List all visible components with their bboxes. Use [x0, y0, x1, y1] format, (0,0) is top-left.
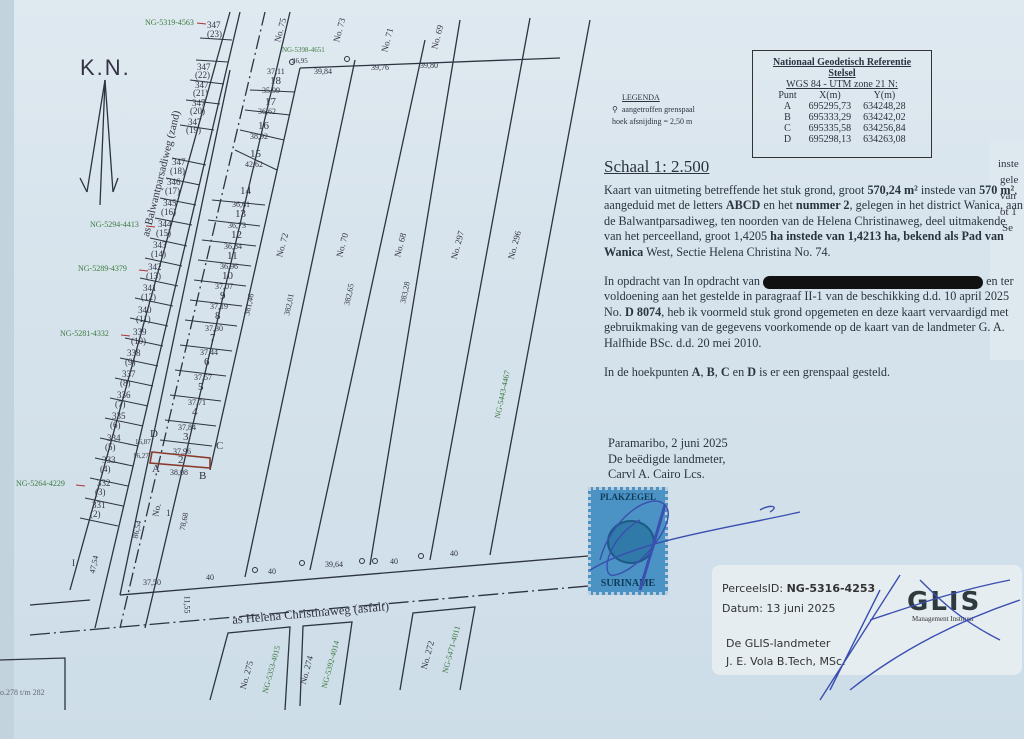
legend-item: hoek afsnijding = 2,50 m — [612, 116, 695, 128]
ng-code: NG-5319-4563 — [145, 18, 194, 27]
lot-label: (16) — [161, 207, 176, 217]
corner-b: B — [199, 470, 206, 482]
lot-dim: 42,62 — [245, 160, 263, 169]
coat-of-arms-icon — [607, 520, 655, 564]
stamp-top-text: PLAKZEGEL — [591, 492, 665, 502]
ng-code: NG-5294-4413 — [90, 220, 139, 229]
corner-d: D — [150, 428, 158, 440]
lot-label: I — [72, 558, 75, 568]
legend-item: aangetroffen grenspaal — [622, 105, 695, 114]
lot-dim: 36,62 — [258, 107, 276, 116]
place-date: Paramaribo, 2 juni 2025 — [608, 436, 728, 452]
lot-label: (14) — [151, 249, 166, 259]
lot-number: 12 — [231, 229, 242, 241]
lot-label: (11) — [136, 314, 151, 324]
lot-number: 14 — [240, 185, 251, 197]
paragraph-description: Kaart van uitmeting betreffende het stuk… — [604, 183, 1024, 260]
lot-label: (19) — [186, 125, 201, 135]
table-row: A695295,73634248,28 — [772, 101, 911, 112]
lot-number: 13 — [235, 208, 246, 220]
table-row: C695335,58634256,84 — [772, 123, 911, 134]
lot-number: 11 — [227, 250, 238, 262]
cell: A — [772, 101, 802, 112]
cell: D — [772, 134, 802, 145]
cell: 695335,58 — [803, 123, 858, 134]
lot-label: (8) — [120, 378, 131, 388]
surveyor-signature-block: Paramaribo, 2 juni 2025 De beëdigde land… — [608, 436, 728, 483]
glis-landmeter-name: J. E. Vola B.Tech, MSc. — [726, 655, 846, 668]
paragraph-corners: In de hoekpunten A, B, C en D is er een … — [604, 365, 1024, 380]
table-row: D695298,13634263,08 — [772, 134, 911, 145]
ng-code: NG-5398-4651 — [282, 46, 325, 54]
lot-number: 10 — [222, 270, 233, 282]
cell: 695333,29 — [803, 112, 858, 123]
lot-label: (4) — [100, 464, 111, 474]
lot-number: 8 — [215, 310, 221, 322]
adjacent-page-text: inste — [998, 158, 1019, 170]
ref-title-2: Stelsel — [753, 68, 931, 79]
coordinates-table: PuntX(m)Y(m) A695295,73634248,28 B695333… — [772, 90, 911, 145]
table-row: B695333,29634242,02 — [772, 112, 911, 123]
lot-label: (9) — [125, 357, 136, 367]
lot-dim: 35,99 — [262, 86, 280, 95]
ref-subtitle: WGS 84 - UTM zone 21 N: — [753, 79, 931, 90]
lot-label: (3) — [95, 487, 106, 497]
lot-label: (7) — [115, 399, 126, 409]
cell: 634263,08 — [857, 134, 912, 145]
corner-a: A — [152, 463, 160, 475]
adjacent-page-text: gele — [1000, 174, 1018, 186]
cell: 634248,28 — [857, 101, 912, 112]
cell: B — [772, 112, 802, 123]
lot-label: (18) — [170, 166, 185, 176]
frontage-value: 40 — [206, 573, 214, 582]
lot-label: (20) — [190, 106, 205, 116]
lot-label: (2) — [90, 509, 101, 519]
ng-code: NG-5281-4332 — [60, 329, 109, 338]
grenspaal-icon: ⚲ — [612, 105, 618, 114]
adjacent-page-text: van — [1000, 190, 1016, 202]
lot-label: (22) — [195, 70, 210, 80]
lot-dim: 16,87 — [135, 438, 151, 446]
corner-offset: 11,55 — [182, 596, 191, 614]
surveyor-role: De beëdigde landmeter, — [608, 452, 728, 468]
scale-label: Schaal 1: 2.500 — [604, 157, 709, 177]
parcel-width: 39,84 — [314, 67, 332, 76]
lot-label: (13) — [146, 271, 161, 281]
cell: 695295,73 — [803, 101, 858, 112]
lot-label: (21) — [193, 88, 208, 98]
south-parcel-fragment: o.278 t/m 282 — [0, 688, 45, 697]
glis-landmeter-title: De GLIS-landmeter — [726, 637, 830, 650]
lot-label: (15) — [156, 228, 171, 238]
survey-map: K.N. NG-5319-4563 NG-5294-4413 NG-5289-4… — [0, 0, 600, 739]
lot-number: 9 — [220, 290, 226, 302]
col-header: Y(m) — [857, 90, 912, 101]
perceel-id: PerceelsID: NG-5316-4253 — [722, 582, 875, 595]
cell: 634242,02 — [857, 112, 912, 123]
lot-dim: 38,08 — [170, 468, 188, 477]
lot-number: 1 — [166, 508, 171, 518]
lot-number: 16 — [258, 120, 269, 132]
selected-lot-number: 2 — [178, 454, 184, 466]
reference-coordinates-box: Nationaal Geodetisch Referentie Stelsel … — [752, 50, 932, 158]
ref-title: Nationaal Geodetisch Referentie — [753, 57, 931, 68]
adjacent-page-text: Se — [1002, 222, 1013, 234]
lot-label: (5) — [105, 442, 116, 452]
lot-number: 6 — [204, 356, 210, 368]
cell: 695298,13 — [803, 134, 858, 145]
frontage-value: 37,50 — [143, 578, 161, 587]
legend-title: LEGENDA — [622, 92, 695, 104]
north-label: K.N. — [80, 55, 131, 81]
ng-code: NG-5289-4379 — [78, 264, 127, 273]
cell: C — [772, 123, 802, 134]
parcel-width: 39,76 — [371, 63, 389, 72]
col-header: Punt — [772, 90, 802, 101]
glis-label: PerceelsID: NG-5316-4253 Datum: 13 juni … — [712, 565, 1022, 675]
revenue-stamp: PLAKZEGEL SURINAME — [588, 487, 668, 595]
lot-label: (12) — [141, 292, 156, 302]
map-value: 26,95 — [292, 57, 308, 65]
lot-number: 5 — [198, 381, 204, 393]
legend: LEGENDA ⚲ aangetroffen grenspaal hoek af… — [612, 92, 695, 128]
stamp-bottom-text: SURINAME — [591, 578, 665, 589]
frontage-value: 40 — [450, 549, 458, 558]
frontage-value: 39,64 — [325, 560, 343, 569]
glis-logo: GLIS — [907, 587, 981, 617]
lot-label: (6) — [110, 420, 121, 430]
glis-date: Datum: 13 juni 2025 — [722, 602, 835, 615]
lot-dim: 16,27 — [133, 452, 149, 460]
glis-logo-subtitle: Management Instituut — [912, 615, 974, 623]
survey-description: Kaart van uitmeting betreffende het stuk… — [604, 183, 1024, 394]
parcel-width: 39,80 — [420, 61, 438, 70]
col-header: X(m) — [803, 90, 858, 101]
adjacent-page-text: ot 1 — [1000, 206, 1017, 218]
survey-map-document: K.N. NG-5319-4563 NG-5294-4413 NG-5289-4… — [0, 0, 1024, 739]
lot-number: 7 — [210, 332, 216, 344]
corner-c: C — [216, 440, 223, 452]
lot-number: 15 — [250, 148, 261, 160]
lot-label: (23) — [207, 29, 222, 39]
lot-label: (17) — [165, 186, 180, 196]
lot-number: 4 — [192, 406, 198, 418]
lot-label: (10) — [131, 336, 146, 346]
lot-dim: 38,92 — [250, 132, 268, 141]
paragraph-commission: In opdracht van In opdracht van en ter v… — [604, 274, 1024, 351]
lot-number: 3 — [183, 431, 189, 443]
cell: 634256,84 — [857, 123, 912, 134]
redaction-mark — [763, 276, 983, 289]
frontage-value: 40 — [390, 557, 398, 566]
frontage-value: 40 — [268, 567, 276, 576]
map-lines — [0, 0, 600, 739]
ng-code: NG-5264-4229 — [16, 479, 65, 488]
surveyor-name: Carvl A. Cairo Lcs. — [608, 467, 728, 483]
